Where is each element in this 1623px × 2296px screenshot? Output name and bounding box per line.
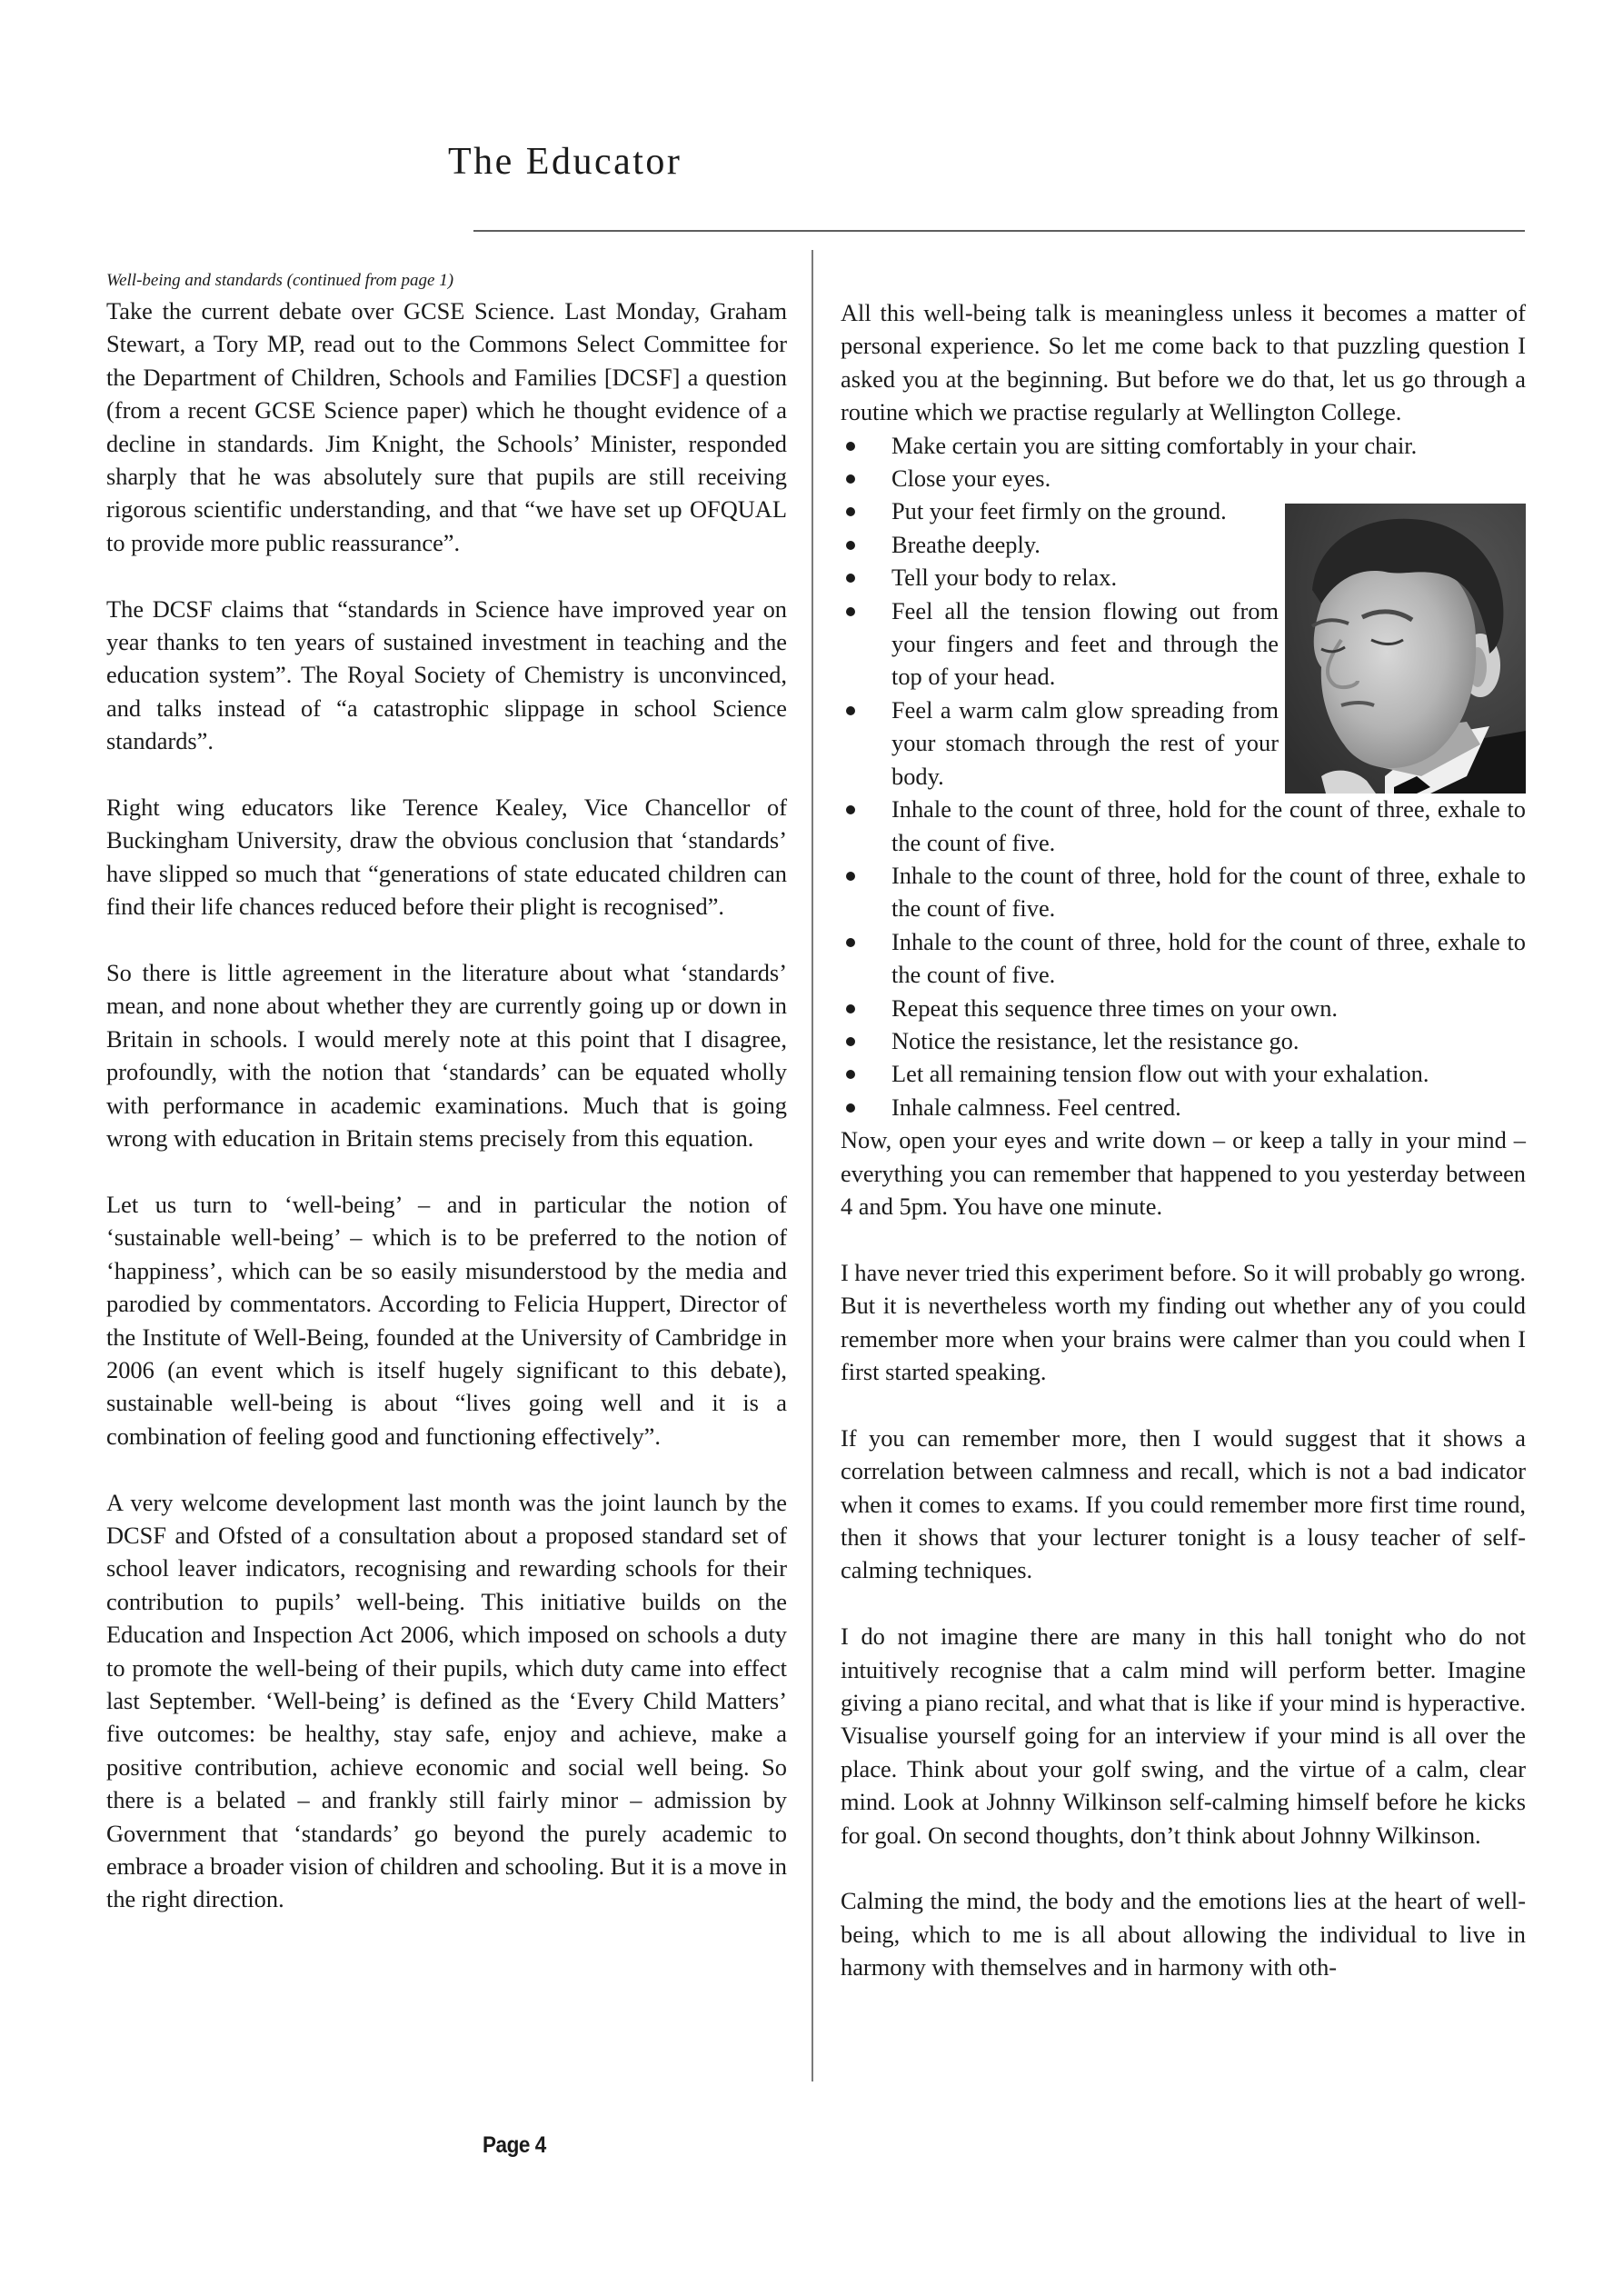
bullet-icon [846,1037,855,1046]
list-item-text: Feel all the tension flowing out from yo… [891,597,1279,691]
paragraph: Let us turn to ‘well-being’ – and in par… [106,1188,787,1452]
paragraph: If you can remember more, then I would s… [841,1422,1526,1587]
list-item-text: Notice the resistance, let the resistanc… [891,1027,1299,1054]
portrait-photo [1285,504,1526,794]
bullet-icon [846,442,855,451]
paragraph: I have never tried this experiment befor… [841,1256,1526,1389]
paragraph: Now, open your eyes and write down – or … [841,1123,1526,1223]
paragraph: Right wing educators like Terence Kealey… [106,791,787,923]
list-item: Inhale to the count of three, hold for t… [841,859,1526,925]
list-item: Inhale calmness. Feel centred. [841,1091,1526,1123]
bullet-icon [846,805,855,814]
bullet-icon [846,1070,855,1079]
list-item-text: Inhale to the count of three, hold for t… [891,862,1526,922]
list-item: Repeat this sequence three times on your… [841,992,1526,1024]
list-item: Close your eyes. [841,462,1279,494]
paragraph: Take the current debate over GCSE Scienc… [106,294,787,559]
list-item-text: Inhale to the count of three, hold for t… [891,928,1526,988]
bullet-icon [846,574,855,583]
list-item: Make certain you are sitting comfortably… [841,429,1526,462]
paragraph: The DCSF claims that “standards in Scien… [106,593,787,758]
bullet-icon [846,507,855,516]
bullet-icon [846,474,855,484]
continued-caption: Well-being and standards (continued from… [106,269,787,293]
list-item: Inhale to the count of three, hold for t… [841,925,1526,992]
list-item: Feel a warm calm glow spreading from you… [841,694,1279,793]
paragraph: I do not imagine there are many in this … [841,1620,1526,1852]
page-number: Page 4 [483,2132,546,2159]
bullet-icon [846,1103,855,1113]
list-item: Inhale to the count of three, hold for t… [841,793,1526,859]
masthead-title: The Educator [448,136,682,187]
header-rule [473,230,1525,232]
list-item-text: Breathe deeply. [891,531,1041,558]
paragraph: A very welcome development last month wa… [106,1486,787,1916]
list-item-text: Inhale to the count of three, hold for t… [891,795,1526,855]
bullet-icon [846,938,855,947]
portrait-image [1285,504,1526,794]
paragraph: So there is little agreement in the lite… [106,956,787,1154]
list-item: Put your feet firmly on the ground. [841,494,1279,527]
list-item-text: Tell your body to relax. [891,564,1117,591]
list-item: Tell your body to relax. [841,561,1279,594]
list-item: Feel all the tension flowing out from yo… [841,594,1279,694]
list-item-text: Let all remaining tension flow out with … [891,1060,1429,1087]
bullet-icon [846,706,855,715]
list-item-text: Put your feet firmly on the ground. [891,497,1227,524]
list-item-text: Close your eyes. [891,464,1050,492]
list-item-text: Repeat this sequence three times on your… [891,994,1338,1022]
list-item-text: Make certain you are sitting comfortably… [891,432,1417,459]
bullet-icon [846,541,855,550]
bullet-icon [846,872,855,881]
list-item: Breathe deeply. [841,528,1279,561]
intro-paragraph: All this well-being talk is meaningless … [841,296,1526,429]
list-item: Notice the resistance, let the resistanc… [841,1024,1526,1057]
list-item-text: Inhale calmness. Feel centred. [891,1093,1181,1121]
list-item: Let all remaining tension flow out with … [841,1057,1526,1090]
paragraph: Calming the mind, the body and the emoti… [841,1884,1526,1983]
list-item-text: Feel a warm calm glow spreading from you… [891,696,1279,790]
bullet-icon [846,607,855,616]
column-divider [811,250,813,2081]
bullet-icon [846,1004,855,1013]
left-column: Well-being and standards (continued from… [106,269,787,1916]
